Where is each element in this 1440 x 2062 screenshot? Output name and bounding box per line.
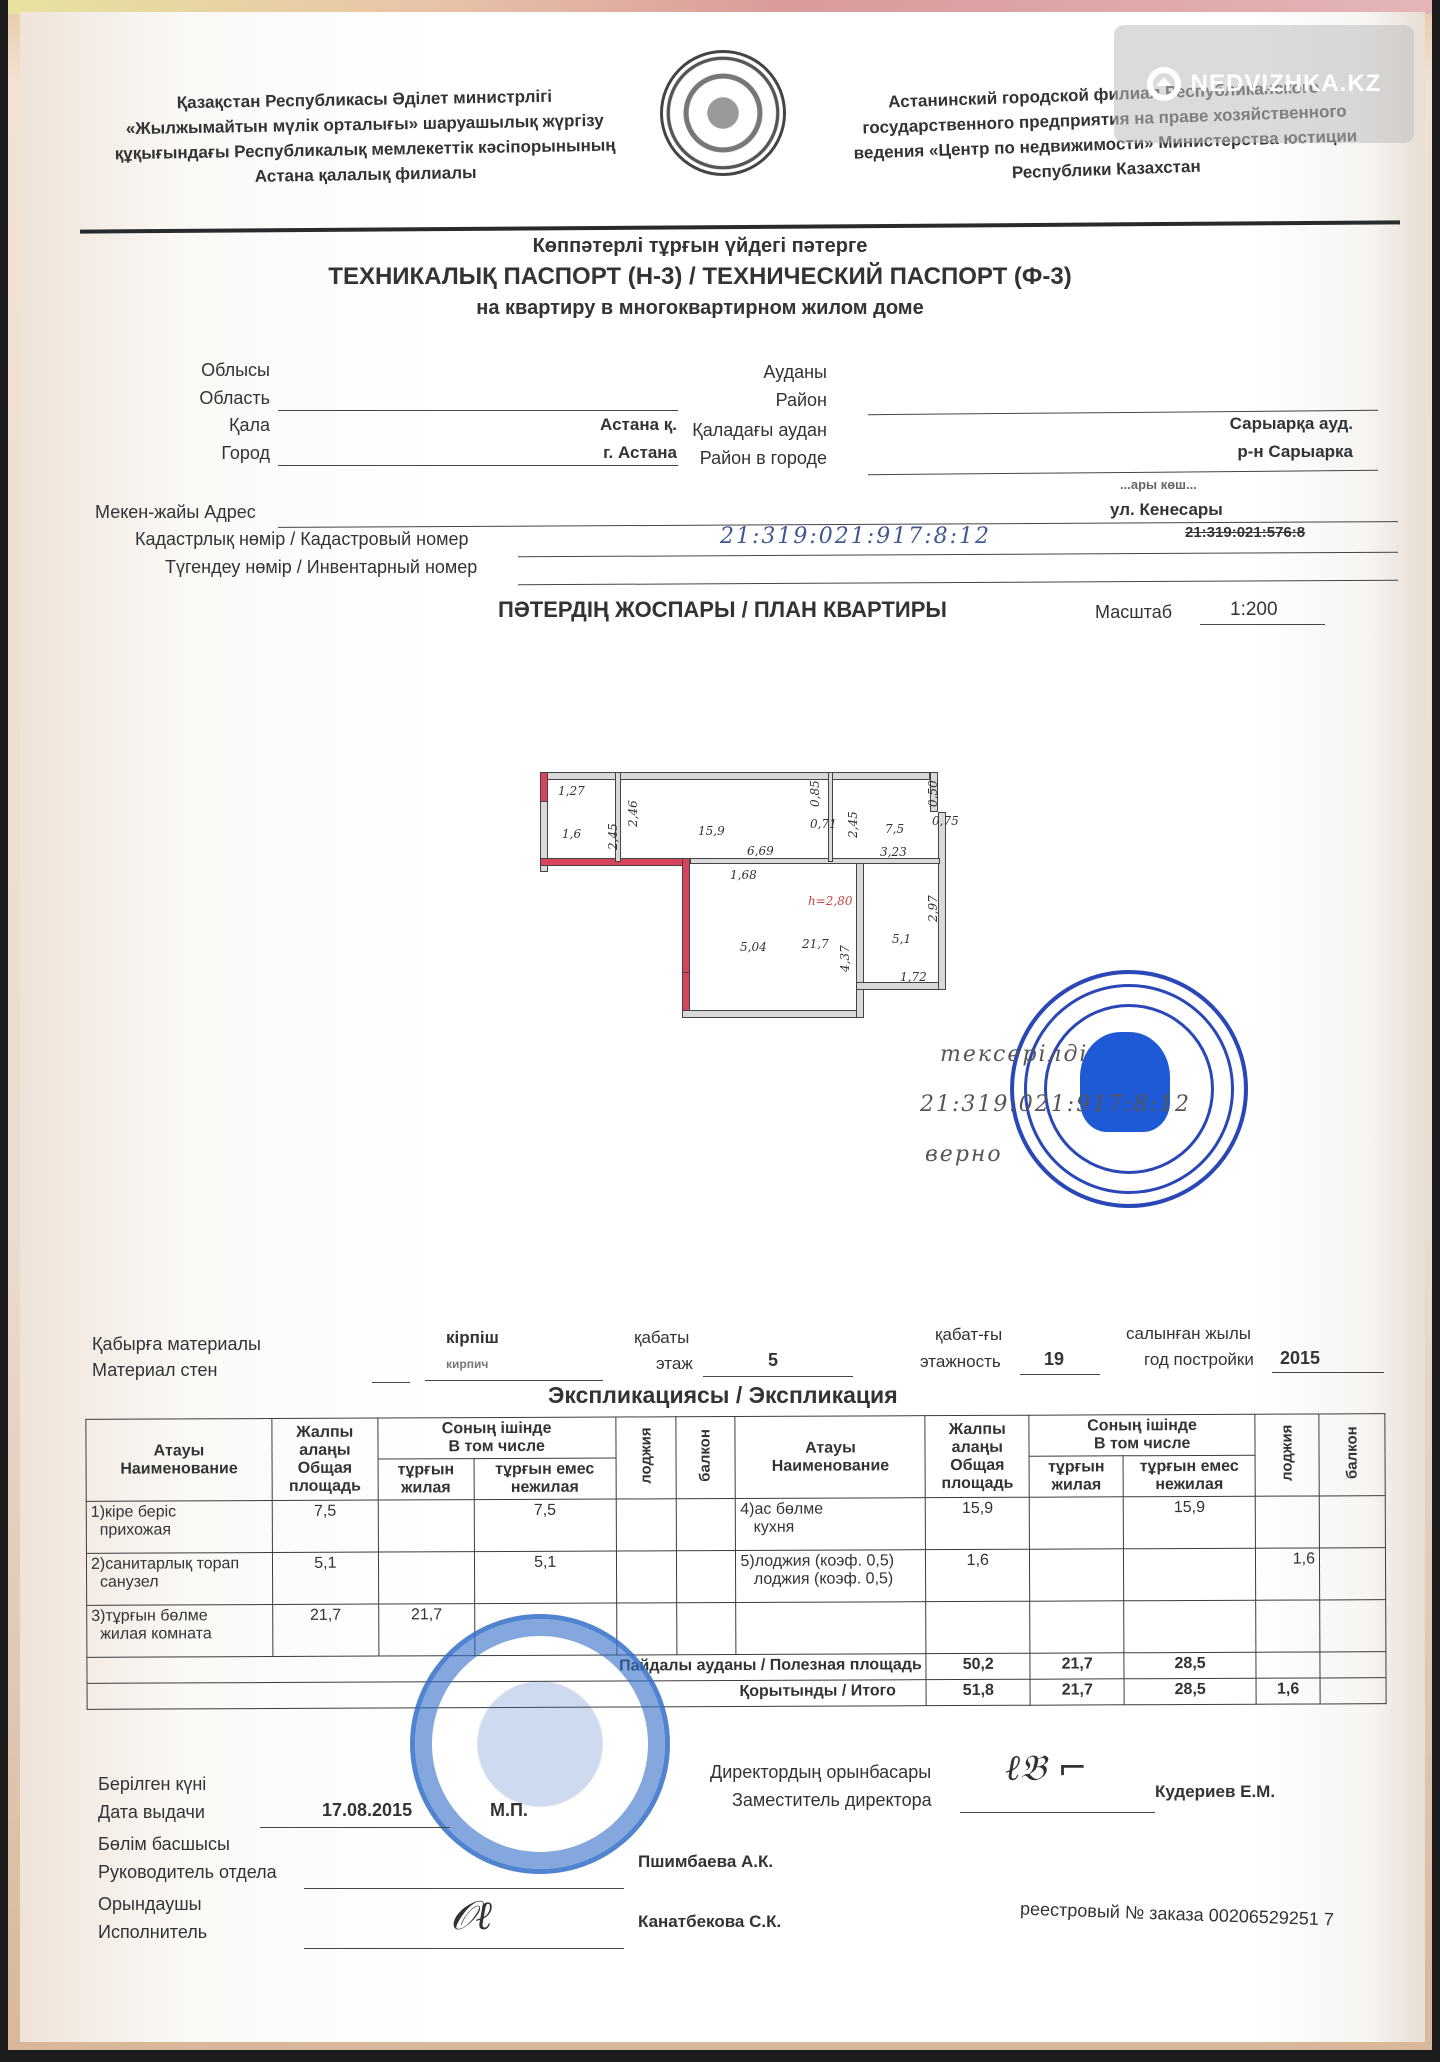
official-seal <box>410 1614 670 1874</box>
city-raion-label-kz: Қаладағы аудан <box>692 420 827 441</box>
city-raion-label-ru: Район в городе <box>700 448 827 469</box>
year-label-kz: салынған жылы <box>1126 1324 1251 1344</box>
wall-material-label-ru: Материал стен <box>92 1360 217 1381</box>
year-field <box>1272 1372 1384 1373</box>
table-row: 3)тұрғын бөлме жилая комната 21,721,7 <box>87 1600 1386 1658</box>
department-head-label-kz: Бөлім басшысы <box>98 1834 230 1855</box>
city-label-ru: Город <box>221 443 270 464</box>
address-label: Мекен-жайы Адрес <box>95 502 256 523</box>
cadastral-field <box>518 552 1398 558</box>
floors-label-ru: этажность <box>920 1352 1001 1372</box>
deputy-director-label-kz: Директордың орынбасары <box>710 1762 931 1783</box>
floor-label-ru: этаж <box>656 1354 693 1374</box>
seal-place-label: М.П. <box>490 1800 528 1821</box>
wall-material-label-kz: Қабырға материалы <box>92 1334 261 1355</box>
inventory-label: Түгендеу нөмір / Инвентарный номер <box>165 557 477 578</box>
state-emblem-icon <box>660 50 786 176</box>
deputy-director-signature: ℓ𝔅 ⌐ <box>1005 1747 1088 1790</box>
stamp-emblem-icon <box>1080 1032 1170 1132</box>
title-main: ТЕХНИКАЛЫҚ ПАСПОРТ (Н-3) / ТЕХНИЧЕСКИЙ П… <box>250 260 1150 294</box>
plan-title: ПӘТЕРДІҢ ЖОСПАРЫ / ПЛАН КВАРТИРЫ <box>498 597 947 623</box>
floors-value: 19 <box>1044 1349 1064 1370</box>
issue-date-value: 17.08.2015 <box>322 1800 412 1821</box>
explication-table: АтауыНаименование Жалпы алаңыОбщая площа… <box>85 1413 1386 1710</box>
explication-title: Экспликациясы / Экспликация <box>548 1382 898 1409</box>
home-icon <box>1147 67 1181 101</box>
address-value-top: ...ары көш... <box>1120 477 1197 492</box>
title-subtitle-kz: Көппәтерлі тұрғын үйдегі пәтерге <box>250 232 1150 260</box>
issue-date-field <box>260 1827 450 1828</box>
registry-order-number: реестровый № заказа 00206529251 7 <box>1020 1899 1334 1931</box>
stamp-note-line2: 21:319:021:917:8:12 <box>920 1092 1191 1117</box>
cadastral-label: Кадастрлық нөмір / Кадастровый номер <box>135 529 468 550</box>
floors-field <box>1020 1374 1100 1375</box>
scale-field <box>1200 624 1325 625</box>
oblast-label-kz: Облысы <box>201 360 270 381</box>
city-raion-value-kz: Сарыарқа ауд. <box>1230 414 1353 434</box>
city-value-kz: Астана қ. <box>600 415 677 435</box>
year-label-ru: год постройки <box>1144 1350 1254 1370</box>
header-left: Қазақстан Республикасы Әділет министрліг… <box>109 83 621 192</box>
issue-date-label-ru: Дата выдачи <box>98 1802 205 1823</box>
document-page: Қазақстан Республикасы Әділет министрліг… <box>20 12 1425 2042</box>
cadastral-handwritten: 21:319:021:917:8:12 <box>720 524 991 549</box>
city-field <box>278 465 678 466</box>
wall-field <box>425 1380 603 1381</box>
department-head-label-ru: Руководитель отдела <box>98 1862 277 1883</box>
executor-signature: 𝒪ℓ <box>450 1892 492 1939</box>
oblast-label-ru: Область <box>199 388 270 409</box>
title-subtitle-ru: на квартиру в многоквартирном жилом доме <box>250 294 1150 322</box>
floor-value: 5 <box>768 1350 778 1371</box>
wall-field-short <box>372 1382 410 1383</box>
executor-field <box>304 1948 624 1949</box>
scale-label: Масштаб <box>1095 602 1172 623</box>
stamp-note-line3: верно <box>925 1142 1003 1167</box>
floor-label-kz: қабаты <box>634 1328 689 1348</box>
executor-label-ru: Исполнитель <box>98 1922 207 1943</box>
city-value-ru: г. Астана <box>603 443 677 463</box>
nedvizhka-watermark: NEDVIZHKA.KZ <box>1114 25 1414 143</box>
deputy-director-field <box>960 1812 1155 1813</box>
table-total-row: Қорытынды / Итого 51,821,728,51,6 <box>87 1678 1386 1710</box>
executor-label-kz: Орындаушы <box>98 1894 202 1915</box>
raion-label-kz: Ауданы <box>763 362 827 383</box>
deputy-director-label-ru: Заместитель директора <box>732 1790 932 1811</box>
wall-material-value-ru: кирпич <box>446 1357 488 1371</box>
city-raion-value-ru: р-н Сарыарка <box>1237 442 1353 462</box>
raion-label-ru: Район <box>776 390 827 411</box>
oblast-field <box>278 410 678 411</box>
table-row: 1)кіре беріс прихожая 7,57,5 4)ас бөлме … <box>86 1496 1385 1554</box>
watermark-text: NEDVIZHKA.KZ <box>1191 70 1382 98</box>
floor-field <box>703 1376 853 1377</box>
table-header-row: АтауыНаименование Жалпы алаңыОбщая площа… <box>86 1414 1385 1461</box>
floor-plan: 1,27 2,46 1,6 2,45 15,9 0,85 0,71 2,45 7… <box>540 772 960 1032</box>
stamp-note-line1: тексерілді <box>940 1042 1088 1067</box>
department-head-field <box>304 1888 624 1889</box>
document-title: Көппәтерлі тұрғын үйдегі пәтерге ТЕХНИКА… <box>250 232 1150 322</box>
inventory-field <box>518 580 1398 586</box>
issue-date-label-kz: Берілген күні <box>98 1774 206 1795</box>
cadastral-printed: 21:319:021:576:8 <box>1185 524 1305 541</box>
department-head-name: Пшимбаева А.К. <box>638 1852 773 1872</box>
deputy-director-name: Кудериев Е.М. <box>1155 1782 1275 1802</box>
address-value: ул. Кенесары <box>1110 500 1223 520</box>
year-value: 2015 <box>1280 1348 1320 1369</box>
table-row: 2)санитарлық торап санузел 5,15,1 5)лодж… <box>86 1548 1385 1606</box>
executor-name: Канатбекова С.К. <box>638 1912 781 1932</box>
city-label-kz: Қала <box>229 415 270 436</box>
floors-label-kz: қабат-ғы <box>935 1325 1002 1345</box>
city-raion-field <box>868 470 1378 475</box>
wall-material-value-kz: кірпіш <box>446 1328 499 1348</box>
scale-value: 1:200 <box>1230 599 1278 621</box>
